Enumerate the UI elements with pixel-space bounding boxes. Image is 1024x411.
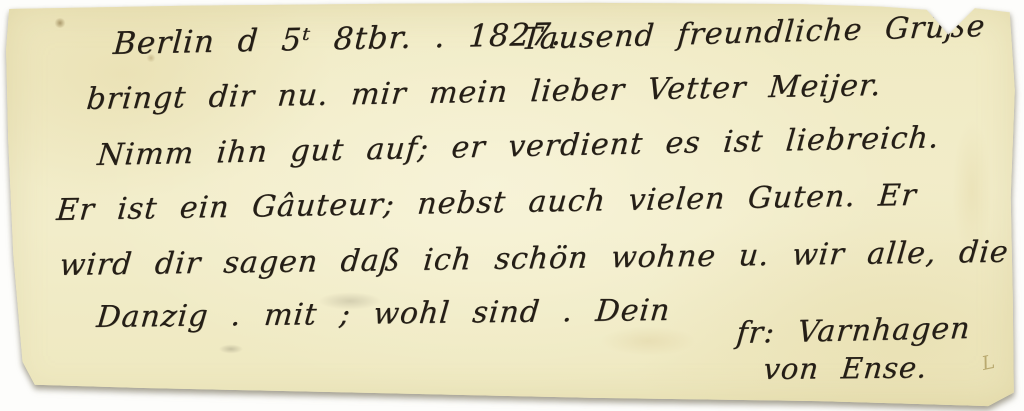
paper-foxing [600,326,696,356]
letter-line: Er ist ein Gâuteur; nebst auch vielen Gu… [55,178,918,228]
signature-name: fr: Varnhagen [735,311,972,351]
letter-line: bringt dir nu. mir mein lieber Vetter Me… [85,68,883,117]
letter-line: Danzig . mit ; wohl sind . Dein [95,293,672,335]
dateline: Berlin d 5ᵗ 8tbr. . 1827. [112,17,563,62]
pencil-mark: L [980,351,997,375]
scanned-letter: Berlin d 5ᵗ 8tbr. . 1827. Tausend freund… [0,0,1024,411]
letter-paper: Berlin d 5ᵗ 8tbr. . 1827. Tausend freund… [0,0,1024,411]
paper-smudge [218,344,244,354]
letter-line: wird dir sagen daß ich schön wohne u. wi… [58,235,1010,283]
paper-stain [54,18,66,28]
letter-line: Tausend freundliche Grüße [520,9,987,57]
signature-name-line2: von Ense. [762,351,929,386]
paper-shadow: Berlin d 5ᵗ 8tbr. . 1827. Tausend freund… [0,0,1024,411]
letter-line: Nimm ihn gut auf; er verdient es ist lie… [96,120,941,173]
